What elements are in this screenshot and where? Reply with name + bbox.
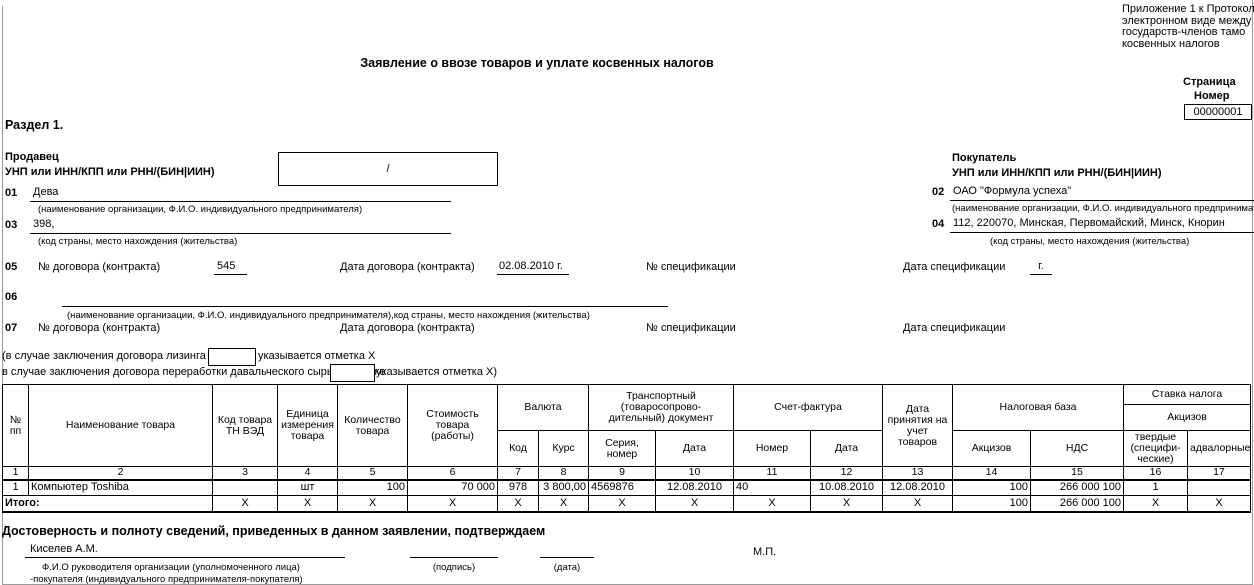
col-header-base-excise: Акцизов (953, 431, 1031, 467)
col-header-base-vat: НДС (1031, 431, 1124, 467)
total-cell: X (811, 496, 883, 512)
date-caption: (дата) (540, 562, 594, 573)
field-03-number: 03 (5, 219, 17, 232)
group-header-tax-base: Налоговая база (953, 385, 1124, 431)
cell-unit[interactable]: шт (278, 480, 338, 496)
field-02-number: 02 (932, 186, 944, 199)
total-cell: X (338, 496, 408, 512)
cell-transport-date[interactable]: 12.08.2010 (656, 480, 734, 496)
field-04-caption: (код страны, место нахождения (жительств… (990, 236, 1189, 247)
contract1-no-input[interactable]: 545 (214, 260, 247, 275)
date-line[interactable] (540, 545, 594, 558)
confirm-statement: Достоверность и полноту сведений, привед… (2, 524, 545, 538)
col-number: 14 (953, 467, 1031, 480)
seller-title: Продавец (5, 151, 59, 164)
cell-series-number[interactable]: 4569876 (589, 480, 656, 496)
col-header-acceptance-date: Дата принятия на учет товаров (883, 385, 953, 467)
goods-row-1: 1 Компьютер Toshiba шт 100 70 000 978 3 … (3, 480, 1251, 496)
leasing-checkbox-1[interactable] (208, 348, 256, 366)
col-number: 1 (3, 467, 29, 480)
appendix-note: Приложение 1 к Протокол электронном виде… (1122, 3, 1254, 49)
cell-cost[interactable]: 70 000 (408, 480, 498, 496)
col-header-invoice-number: Номер (734, 431, 811, 467)
field-01-input[interactable]: Дева (30, 186, 451, 202)
totals-row: Итого: X X X X X X X X X X X 100 266 000… (3, 496, 1251, 512)
cell-invoice-date[interactable]: 10.08.2010 (811, 480, 883, 496)
total-cell: X (408, 496, 498, 512)
contract1-spec-no-label: № спецификации (646, 261, 736, 274)
col-number: 9 (589, 467, 656, 480)
field-01-number: 01 (5, 187, 17, 200)
contract1-spec-date-label: Дата спецификации (903, 261, 1005, 274)
col-number: 16 (1124, 467, 1188, 480)
buyer-title: Покупатель (952, 152, 1016, 165)
col-header-cost: Стоимость товара (работы) (408, 385, 498, 467)
total-cell: X (656, 496, 734, 512)
row-05-number: 05 (5, 261, 17, 274)
col-header-npp: № пп (3, 385, 29, 467)
total-cell: X (498, 496, 539, 512)
fio-input[interactable]: Киселев А.М. (25, 543, 345, 558)
leasing-note-2: в случае заключения договора переработки… (2, 366, 386, 379)
fio-caption-1: Ф.И.О руководителя организации (уполномо… (42, 562, 300, 573)
col-header-rate-advalorem: адвалорные (1188, 431, 1251, 467)
cell-rate-advalorem[interactable] (1188, 480, 1251, 496)
cell-acceptance-date[interactable]: 12.08.2010 (883, 480, 953, 496)
leasing-note-2-suffix: указывается отметка X) (376, 366, 497, 379)
total-base-vat: 266 000 100 (1031, 496, 1124, 512)
column-numbers-row: 1 2 3 4 5 6 7 8 9 10 11 12 13 14 15 16 1… (3, 467, 1251, 480)
total-cell: X (213, 496, 278, 512)
appendix-note-line-3: государств-членов тамо (1122, 26, 1254, 38)
contract1-date-label: Дата договора (контракта) (340, 261, 475, 274)
col-number: 5 (338, 467, 408, 480)
leasing-note-1-suffix: указывается отметка X (258, 350, 375, 363)
col-number: 13 (883, 467, 953, 480)
group-header-transport-doc: Транспортный (товаросопрово- дительный) … (589, 385, 734, 431)
total-cell: X (1188, 496, 1251, 512)
cell-base-excise[interactable]: 100 (953, 480, 1031, 496)
field-06-caption: (наименование организации, Ф.И.О. индиви… (67, 310, 590, 321)
cell-currency-code[interactable]: 978 (498, 480, 539, 496)
total-base-excise: 100 (953, 496, 1031, 512)
cell-npp[interactable]: 1 (3, 480, 29, 496)
cell-invoice-number[interactable]: 40 (734, 480, 811, 496)
cell-goods-name[interactable]: Компьютер Toshiba (29, 480, 213, 496)
page-number-label: Номер (1194, 90, 1230, 103)
col-header-currency-code: Код (498, 431, 539, 467)
appendix-note-line-2: электронном виде между (1122, 15, 1254, 27)
cell-base-vat[interactable]: 266 000 100 (1031, 480, 1124, 496)
col-number: 12 (811, 467, 883, 480)
cell-currency-rate[interactable]: 3 800,00 (539, 480, 589, 496)
contract2-spec-no-label: № спецификации (646, 322, 736, 335)
field-06-input[interactable] (62, 293, 668, 307)
row-07-number: 07 (5, 322, 17, 335)
contract2-date-label: Дата договора (контракта) (340, 322, 475, 335)
field-04-number: 04 (932, 218, 944, 231)
cell-tnved-code[interactable] (213, 480, 278, 496)
group-header-invoice: Счет-фактура (734, 385, 883, 431)
contract2-spec-date-label: Дата спецификации (903, 322, 1005, 335)
form-page: Приложение 1 к Протокол электронном виде… (0, 0, 1254, 585)
col-header-series-number: Серия, номер (589, 431, 656, 467)
contract2-no-label: № договора (контракта) (38, 322, 160, 335)
seller-id-box[interactable]: / (278, 152, 498, 186)
col-header-tnved-code: Код товара ТН ВЭД (213, 385, 278, 467)
field-03-caption: (код страны, место нахождения (жительств… (38, 236, 237, 247)
totals-label: Итого: (3, 496, 213, 512)
total-cell: X (278, 496, 338, 512)
col-number: 3 (213, 467, 278, 480)
total-cell: X (589, 496, 656, 512)
contract1-date-input[interactable]: 02.08.2010 г. (497, 260, 569, 275)
field-02-input[interactable]: ОАО "Формула успеха" (950, 185, 1254, 201)
col-header-quantity: Количество товара (338, 385, 408, 467)
col-number: 7 (498, 467, 539, 480)
field-04-input[interactable]: 112, 220070, Минская, Первомайский, Минс… (950, 217, 1254, 233)
col-number: 6 (408, 467, 498, 480)
col-number: 8 (539, 467, 589, 480)
signature-caption: (подпись) (410, 562, 498, 573)
page-label: Страница (1183, 76, 1236, 89)
total-cell: X (883, 496, 953, 512)
col-number: 10 (656, 467, 734, 480)
buyer-id-label: УНП или ИНН/КПП или РНН/(БИН|ИИН) (952, 167, 1162, 180)
cell-quantity[interactable]: 100 (338, 480, 408, 496)
fio-caption-2: -покупателя (индивидуального предпринима… (30, 574, 303, 585)
field-03-input[interactable]: 398, (30, 218, 451, 234)
leasing-checkbox-2[interactable] (330, 364, 375, 382)
seller-id-label: УНП или ИНН/КПП или РНН/(БИН|ИИН) (5, 166, 215, 179)
form-title: Заявление о ввозе товаров и уплате косве… (0, 56, 1074, 70)
total-cell: X (539, 496, 589, 512)
contract1-spec-date-input[interactable]: г. (1030, 260, 1052, 275)
section-title: Раздел 1. (5, 118, 63, 132)
cell-rate-specific[interactable]: 1 (1124, 480, 1188, 496)
appendix-note-line-4: косвенных налогов (1122, 38, 1254, 50)
col-header-invoice-date: Дата (811, 431, 883, 467)
col-number: 17 (1188, 467, 1251, 480)
col-number: 15 (1031, 467, 1124, 480)
col-number: 2 (29, 467, 213, 480)
window-right-border (1252, 0, 1253, 585)
group-header-tax-rate: Ставка налога (1124, 385, 1251, 405)
field-01-caption: (наименование организации, Ф.И.О. индиви… (38, 204, 362, 215)
group-header-currency: Валюта (498, 385, 589, 431)
signature-line[interactable] (410, 545, 498, 558)
row-06-number: 06 (5, 291, 17, 304)
appendix-note-line-1: Приложение 1 к Протокол (1122, 3, 1254, 15)
total-cell: X (734, 496, 811, 512)
col-number: 4 (278, 467, 338, 480)
col-header-transport-date: Дата (656, 431, 734, 467)
col-header-currency-rate: Курс (539, 431, 589, 467)
group-header-excise: Акцизов (1124, 405, 1251, 431)
col-header-goods-name: Наименование товара (29, 385, 213, 467)
col-number: 11 (734, 467, 811, 480)
field-02-caption: (наименование организации, Ф.И.О. индиви… (952, 203, 1254, 214)
col-header-rate-specific: твердые (специфи- ческие) (1124, 431, 1188, 467)
total-cell: X (1124, 496, 1188, 512)
col-header-unit: Единица измерения товара (278, 385, 338, 467)
contract1-no-label: № договора (контракта) (38, 261, 160, 274)
goods-table: № пп Наименование товара Код товара ТН В… (2, 384, 1251, 513)
seal-label: М.П. (753, 546, 776, 559)
page-number-box: 00000001 (1184, 104, 1252, 120)
